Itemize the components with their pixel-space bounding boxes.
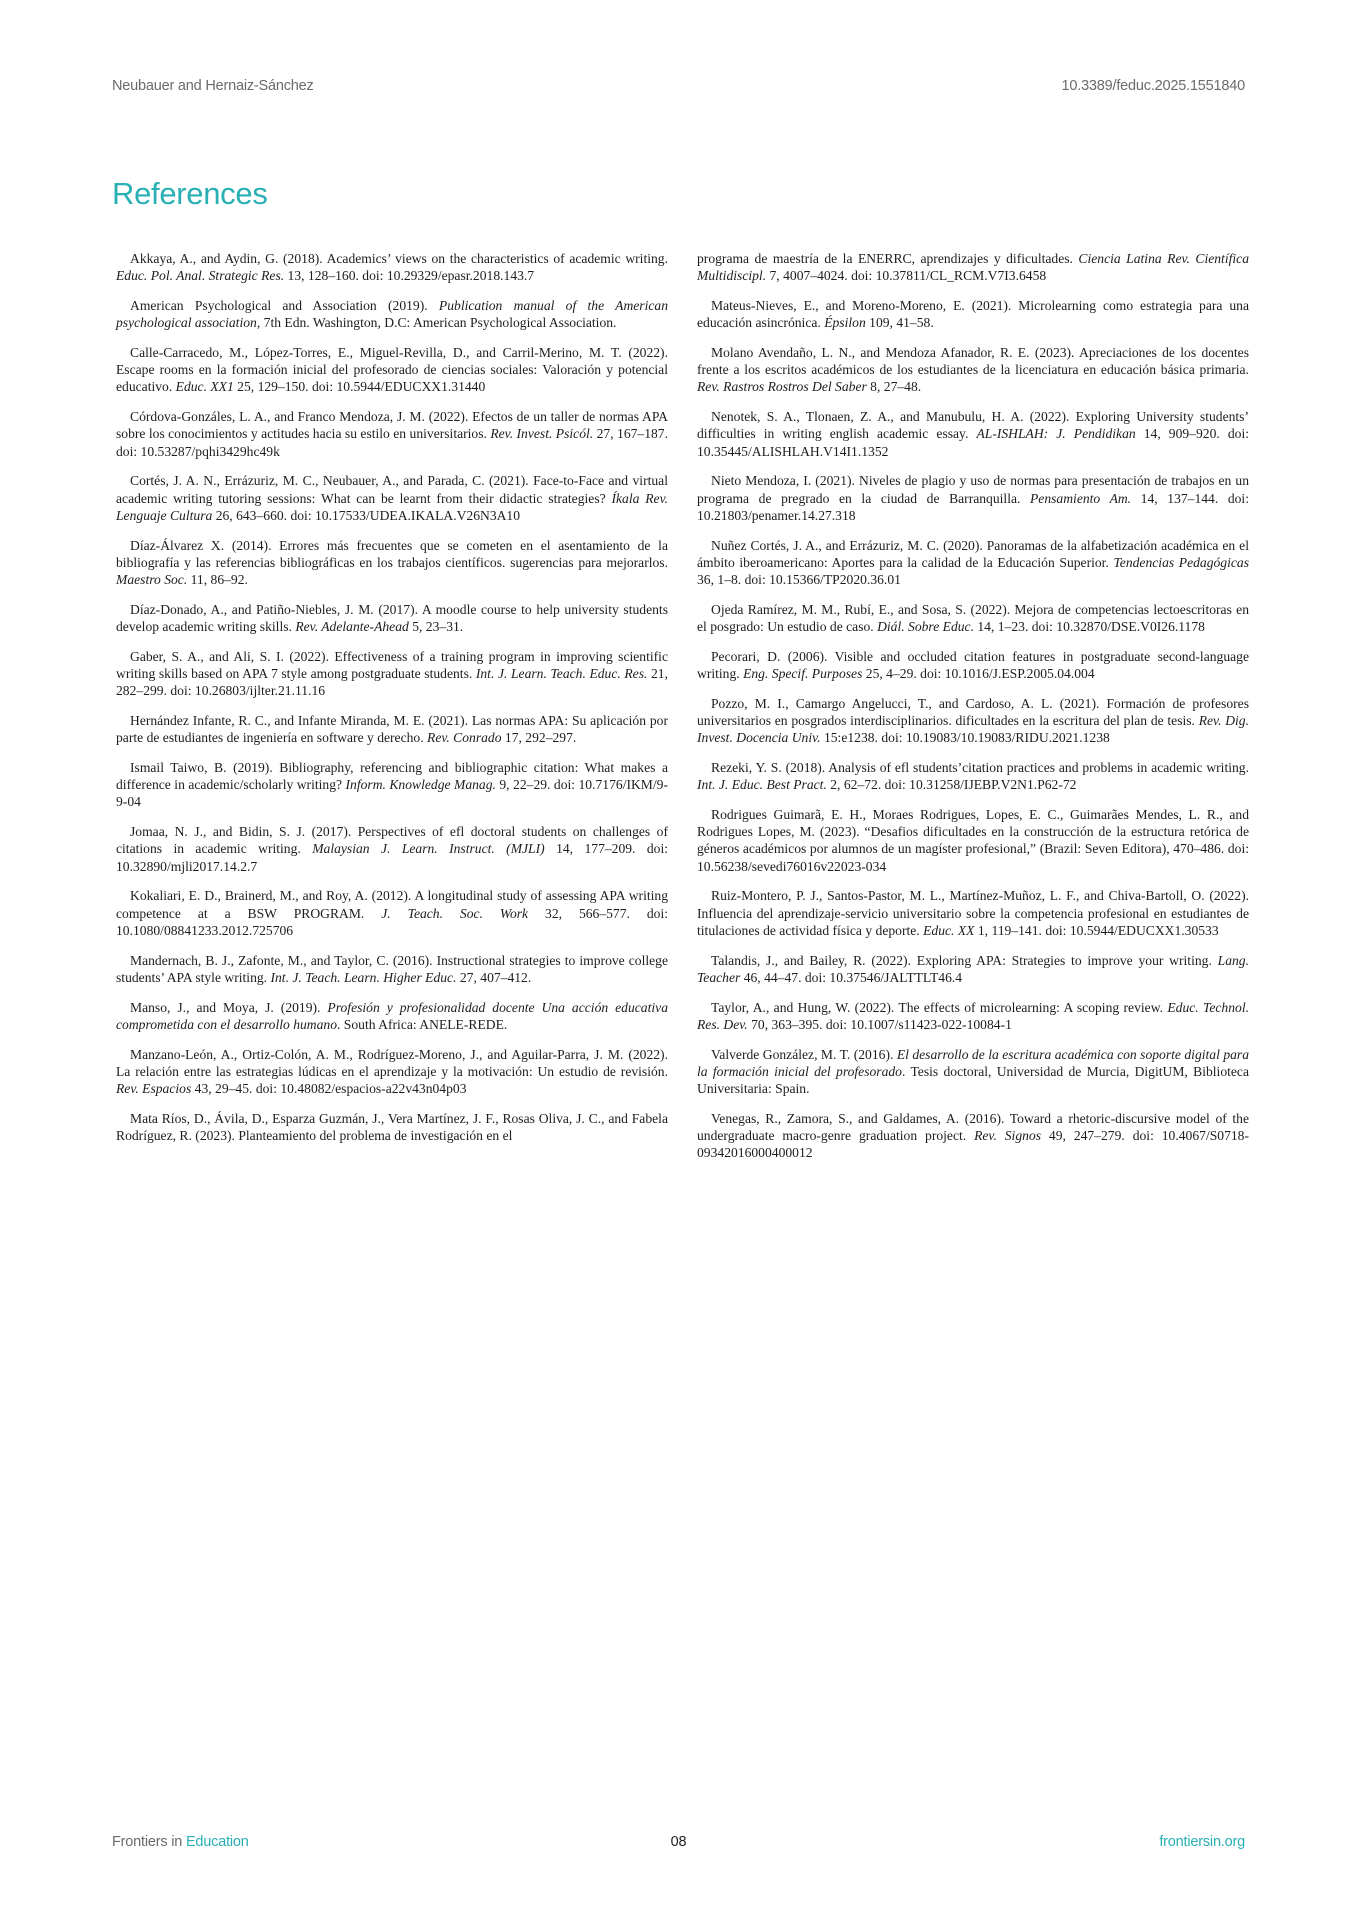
- footer-journal-name: Education: [186, 1834, 249, 1850]
- reference-entry: American Psychological and Association (…: [116, 297, 668, 331]
- footer-site-link[interactable]: frontiersin.org: [1159, 1834, 1245, 1850]
- reference-details: 11, 86–92.: [187, 572, 248, 587]
- page-number: 08: [112, 1834, 1245, 1850]
- reference-text: Manso, J., and Moya, J. (2019).: [130, 1000, 327, 1015]
- reference-text: Rodrigues Guimarã, E. H., Moraes Rodrigu…: [697, 807, 1249, 874]
- reference-details: 17, 292–297.: [502, 730, 577, 745]
- reference-source-title: Int. J. Teach. Learn. Higher Educ.: [270, 970, 456, 985]
- reference-entry: Cortés, J. A. N., Errázuriz, M. C., Neub…: [116, 472, 668, 524]
- reference-source-title: Rev. Espacios: [116, 1081, 191, 1096]
- reference-source-title: Diál. Sobre Educ.: [877, 619, 974, 634]
- reference-source-title: Rev. Signos: [974, 1128, 1041, 1143]
- reference-source-title: Int. J. Learn. Teach. Educ. Res.: [476, 666, 648, 681]
- reference-details: 13, 128–160. doi: 10.29329/epasr.2018.14…: [284, 268, 534, 283]
- reference-entry: Ojeda Ramírez, M. M., Rubí, E., and Sosa…: [697, 601, 1249, 635]
- reference-details: 1, 119–141. doi: 10.5944/EDUCXX1.30533: [974, 923, 1218, 938]
- reference-entry: Ruiz-Montero, P. J., Santos-Pastor, M. L…: [697, 887, 1249, 939]
- reference-source-title: Maestro Soc.: [116, 572, 187, 587]
- reference-details: . South Africa: ANELE-REDE.: [337, 1017, 507, 1032]
- reference-entry: Gaber, S. A., and Ali, S. I. (2022). Eff…: [116, 648, 668, 700]
- reference-text: programa de maestría de la ENERRC, apren…: [697, 251, 1078, 266]
- running-header: Neubauer and Hernaiz-Sánchez 10.3389/fed…: [112, 78, 1245, 94]
- reference-details: , 7th Edn. Washington, D.C: American Psy…: [257, 315, 617, 330]
- reference-entry: Mateus-Nieves, E., and Moreno-Moreno, E.…: [697, 297, 1249, 331]
- reference-entry: Manso, J., and Moya, J. (2019). Profesió…: [116, 999, 668, 1033]
- reference-entry: Calle-Carracedo, M., López-Torres, E., M…: [116, 344, 668, 396]
- reference-entry: Nenotek, S. A., Tlonaen, Z. A., and Manu…: [697, 408, 1249, 460]
- reference-entry: Nieto Mendoza, I. (2021). Niveles de pla…: [697, 472, 1249, 524]
- reference-text: American Psychological and Association (…: [130, 298, 439, 313]
- reference-entry: Ismail Taiwo, B. (2019). Bibliography, r…: [116, 759, 668, 811]
- reference-text: Mata Ríos, D., Ávila, D., Esparza Guzmán…: [116, 1111, 668, 1143]
- reference-details: 109, 41–58.: [866, 315, 934, 330]
- reference-text: Talandis, J., and Bailey, R. (2022). Exp…: [711, 953, 1218, 968]
- footer-journal-prefix: Frontiers in: [112, 1834, 186, 1850]
- reference-source-title: Malaysian J. Learn. Instruct. (MJLI): [312, 841, 544, 856]
- reference-details: 15:e1238. doi: 10.19083/10.19083/RIDU.20…: [821, 730, 1110, 745]
- reference-details: 14, 1–23. doi: 10.32870/DSE.V0I26.1178: [974, 619, 1205, 634]
- reference-source-title: Eng. Specif. Purposes: [743, 666, 862, 681]
- reference-entry: Mata Ríos, D., Ávila, D., Esparza Guzmán…: [116, 1110, 668, 1144]
- reference-entry: Nuñez Cortés, J. A., and Errázuriz, M. C…: [697, 537, 1249, 589]
- footer-journal: Frontiers in Education: [112, 1834, 249, 1850]
- page-footer: Frontiers in Education 08 frontiersin.or…: [112, 1834, 1245, 1850]
- reference-details: 2, 62–72. doi: 10.31258/IJEBP.V2N1.P62-7…: [827, 777, 1077, 792]
- header-doi: 10.3389/feduc.2025.1551840: [1062, 78, 1245, 94]
- reference-entry: Manzano-León, A., Ortiz-Colón, A. M., Ro…: [116, 1046, 668, 1098]
- reference-source-title: Tendencias Pedagógicas: [1113, 555, 1249, 570]
- reference-text: Akkaya, A., and Aydin, G. (2018). Academ…: [130, 251, 668, 266]
- reference-entry: Jomaa, N. J., and Bidin, S. J. (2017). P…: [116, 823, 668, 875]
- page: Neubauer and Hernaiz-Sánchez 10.3389/fed…: [0, 0, 1357, 1920]
- reference-text: Taylor, A., and Hung, W. (2022). The eff…: [711, 1000, 1167, 1015]
- references-left-column: Akkaya, A., and Aydin, G. (2018). Academ…: [116, 250, 668, 1157]
- reference-text: Valverde González, M. T. (2016).: [711, 1047, 897, 1062]
- reference-text: Hernández Infante, R. C., and Infante Mi…: [116, 713, 668, 745]
- reference-source-title: Rev. Conrado: [427, 730, 502, 745]
- reference-source-title: Int. J. Educ. Best Pract.: [697, 777, 827, 792]
- reference-details: 8, 27–48.: [867, 379, 921, 394]
- reference-entry: Molano Avendaño, L. N., and Mendoza Afan…: [697, 344, 1249, 396]
- reference-details: 46, 44–47. doi: 10.37546/JALTTLT46.4: [740, 970, 962, 985]
- reference-entry: Taylor, A., and Hung, W. (2022). The eff…: [697, 999, 1249, 1033]
- reference-text: Pozzo, M. I., Camargo Angelucci, T., and…: [697, 696, 1249, 728]
- reference-entry: Córdova-Gonzáles, L. A., and Franco Mend…: [116, 408, 668, 460]
- reference-entry: Hernández Infante, R. C., and Infante Mi…: [116, 712, 668, 746]
- reference-entry: Rezeki, Y. S. (2018). Analysis of efl st…: [697, 759, 1249, 793]
- reference-details: 7, 4007–4024. doi: 10.37811/CL_RCM.V7I3.…: [766, 268, 1046, 283]
- reference-source-title: J. Teach. Soc. Work: [381, 906, 528, 921]
- reference-source-title: Educ. XX1: [176, 379, 234, 394]
- reference-entry: Valverde González, M. T. (2016). El desa…: [697, 1046, 1249, 1098]
- reference-entry: Díaz-Álvarez X. (2014). Errores más frec…: [116, 537, 668, 589]
- reference-entry: Díaz-Donado, A., and Patiño-Niebles, J. …: [116, 601, 668, 635]
- reference-entry: Mandernach, B. J., Zafonte, M., and Tayl…: [116, 952, 668, 986]
- reference-text: Cortés, J. A. N., Errázuriz, M. C., Neub…: [116, 473, 668, 505]
- reference-details: 43, 29–45. doi: 10.48082/espacios-a22v43…: [191, 1081, 466, 1096]
- reference-source-title: Educ. Pol. Anal. Strategic Res.: [116, 268, 284, 283]
- reference-source-title: Épsilon: [824, 315, 866, 330]
- reference-entry: Venegas, R., Zamora, S., and Galdames, A…: [697, 1110, 1249, 1162]
- reference-source-title: Inform. Knowledge Manag.: [346, 777, 496, 792]
- reference-text: Manzano-León, A., Ortiz-Colón, A. M., Ro…: [116, 1047, 668, 1079]
- reference-source-title: Pensamiento Am.: [1030, 491, 1131, 506]
- reference-entry: programa de maestría de la ENERRC, apren…: [697, 250, 1249, 284]
- reference-text: Mateus-Nieves, E., and Moreno-Moreno, E.…: [697, 298, 1249, 330]
- reference-details: 27, 407–412.: [456, 970, 531, 985]
- reference-text: Molano Avendaño, L. N., and Mendoza Afan…: [697, 345, 1249, 377]
- reference-source-title: Rev. Adelante-Ahead: [295, 619, 408, 634]
- reference-details: 25, 129–150. doi: 10.5944/EDUCXX1.31440: [234, 379, 485, 394]
- reference-source-title: Educ. XX: [923, 923, 974, 938]
- reference-details: 25, 4–29. doi: 10.1016/J.ESP.2005.04.004: [862, 666, 1094, 681]
- reference-entry: Talandis, J., and Bailey, R. (2022). Exp…: [697, 952, 1249, 986]
- reference-entry: Pozzo, M. I., Camargo Angelucci, T., and…: [697, 695, 1249, 747]
- references-right-column: programa de maestría de la ENERRC, apren…: [697, 250, 1249, 1174]
- section-title: References: [112, 176, 268, 212]
- reference-source-title: AL-ISHLAH: J. Pendidikan: [976, 426, 1135, 441]
- reference-details: 36, 1–8. doi: 10.15366/TP2020.36.01: [697, 572, 901, 587]
- reference-entry: Rodrigues Guimarã, E. H., Moraes Rodrigu…: [697, 806, 1249, 875]
- reference-details: 70, 363–395. doi: 10.1007/s11423-022-100…: [748, 1017, 1012, 1032]
- reference-text: Díaz-Álvarez X. (2014). Errores más frec…: [116, 538, 668, 570]
- header-authors: Neubauer and Hernaiz-Sánchez: [112, 78, 314, 94]
- reference-source-title: Rev. Invest. Psicól.: [490, 426, 593, 441]
- reference-details: 5, 23–31.: [409, 619, 463, 634]
- reference-entry: Pecorari, D. (2006). Visible and occlude…: [697, 648, 1249, 682]
- reference-entry: Kokaliari, E. D., Brainerd, M., and Roy,…: [116, 887, 668, 939]
- reference-text: Rezeki, Y. S. (2018). Analysis of efl st…: [711, 760, 1249, 775]
- reference-source-title: Rev. Rastros Rostros Del Saber: [697, 379, 867, 394]
- reference-details: 26, 643–660. doi: 10.17533/UDEA.IKALA.V2…: [212, 508, 520, 523]
- reference-entry: Akkaya, A., and Aydin, G. (2018). Academ…: [116, 250, 668, 284]
